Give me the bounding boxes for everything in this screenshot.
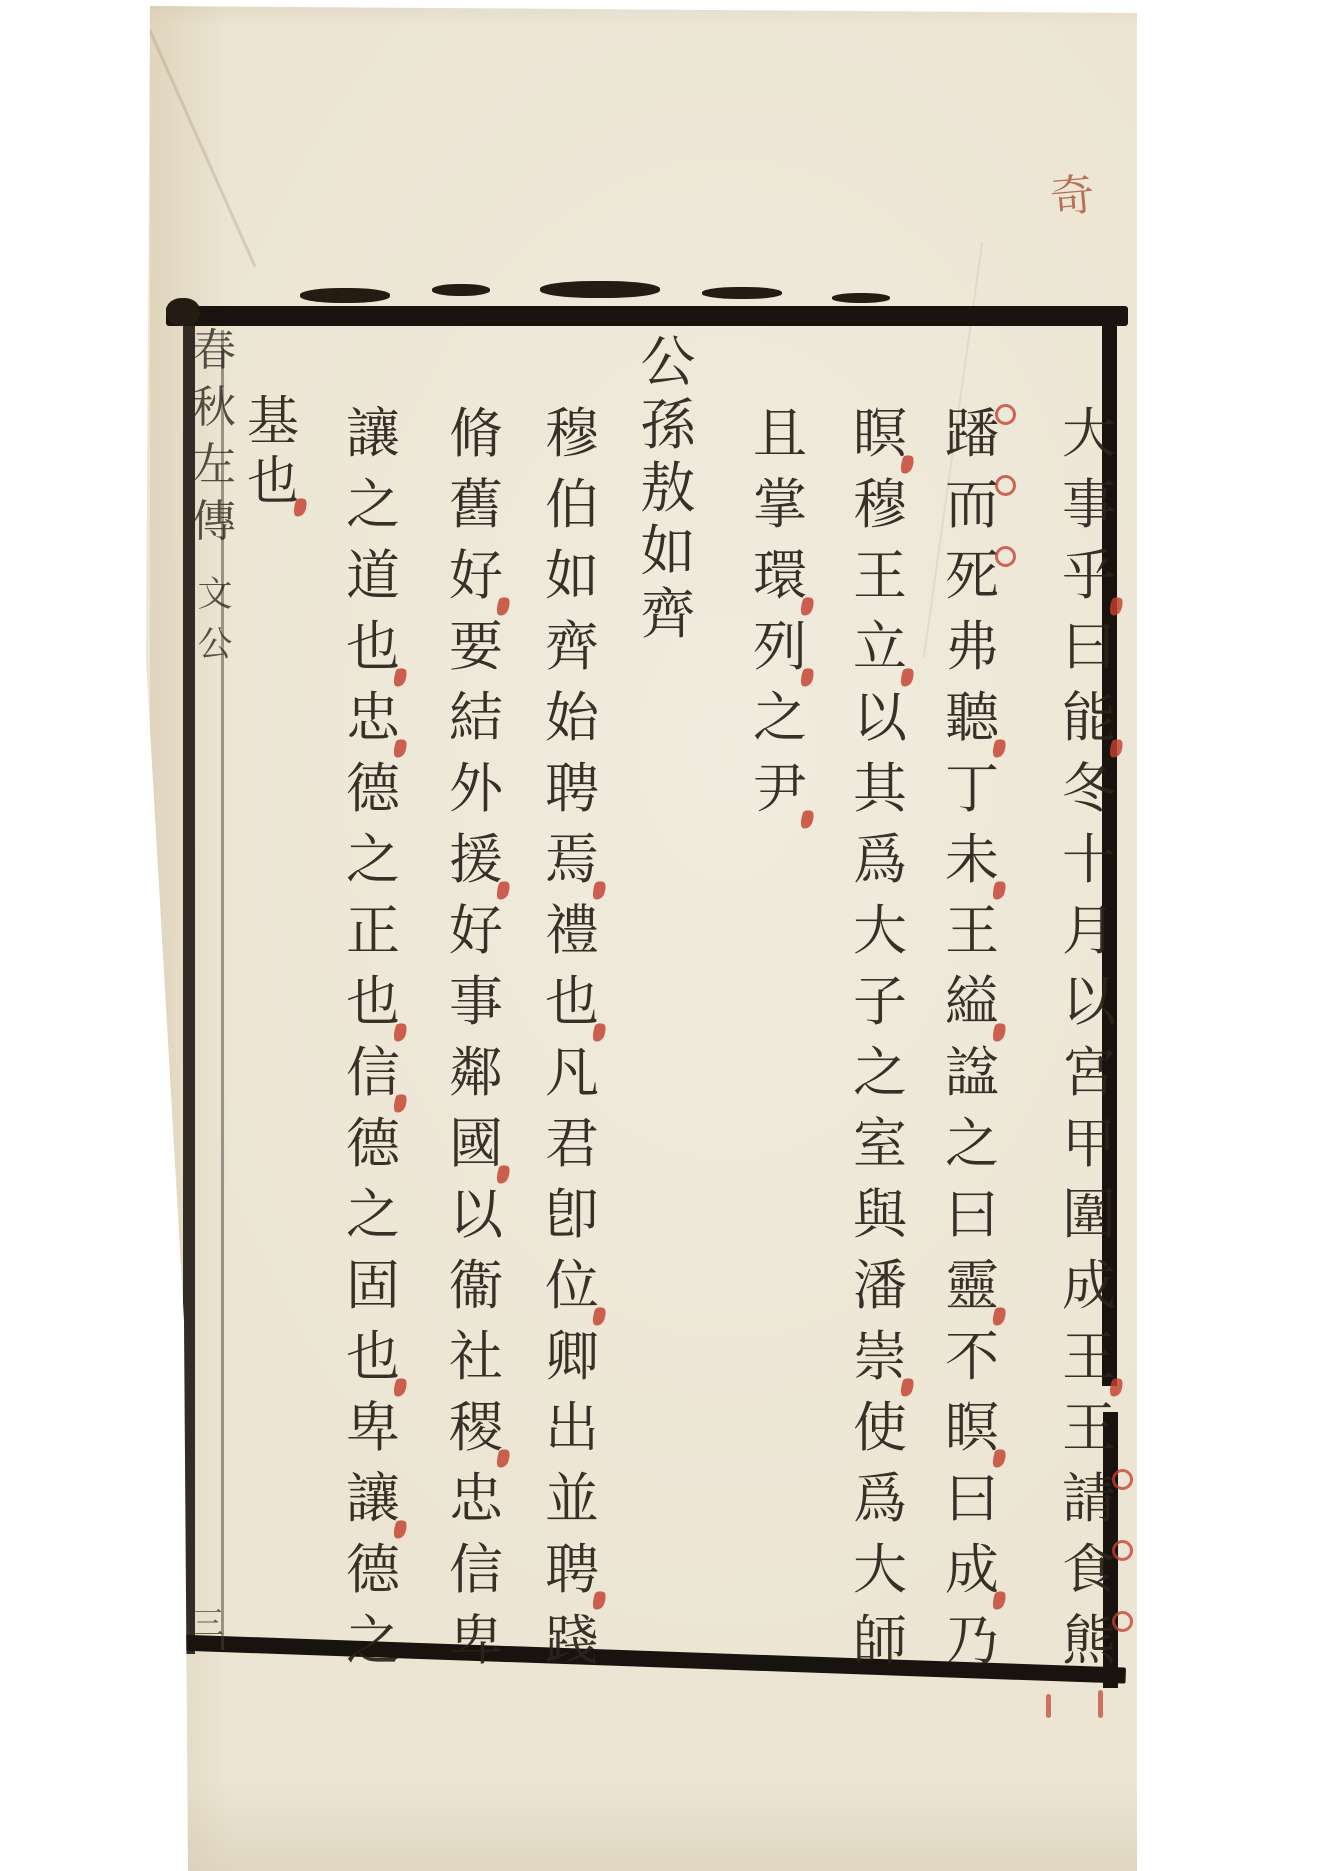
ink-smudge: [702, 287, 782, 299]
glyph: 弗: [941, 611, 1003, 682]
ink-smudge: [540, 281, 660, 298]
glyph: 成: [1058, 1250, 1120, 1321]
glyph: 社: [445, 1321, 507, 1392]
glyph: 卽: [541, 1179, 603, 1250]
glyph: 室: [849, 1108, 911, 1179]
ink-smudge: [832, 293, 890, 303]
glyph: 齊: [637, 583, 699, 646]
red-circle-mark: [1112, 1469, 1133, 1490]
glyph: 德: [342, 1108, 404, 1179]
glyph: 甲: [1058, 1108, 1120, 1179]
glyph: 之: [849, 1037, 911, 1108]
glyph: 王: [941, 895, 1003, 966]
glyph: 脩: [445, 398, 507, 469]
glyph: 月: [1058, 895, 1120, 966]
glyph: 曰: [941, 1463, 1003, 1534]
glyph: 要: [445, 611, 507, 682]
glyph: 如: [637, 520, 699, 583]
glyph: 公: [637, 331, 699, 394]
glyph: 凡: [541, 1037, 603, 1108]
red-dash-mark: [1046, 1694, 1051, 1718]
margin-title-work: 春秋左傳: [188, 322, 240, 550]
ink-smudge: [300, 288, 390, 303]
glyph: 以: [1058, 966, 1120, 1037]
glyph: 王: [1058, 1392, 1120, 1463]
glyph: 潘: [849, 1250, 911, 1321]
glyph: 敖: [637, 457, 699, 520]
page-number: 三: [188, 1598, 228, 1644]
glyph: 如: [541, 540, 603, 611]
glyph: 卿: [541, 1321, 603, 1392]
red-dash-mark: [1098, 1690, 1103, 1718]
glyph: 出: [541, 1392, 603, 1463]
glyph: 德: [342, 753, 404, 824]
glyph: 與: [849, 1179, 911, 1250]
text-column-7: 脩舊好要結外援好事鄰國以衞社稷忠信卑: [445, 398, 507, 1676]
glyph: 始: [541, 682, 603, 753]
text-column-1: 大事乎曰能冬十月以宮甲圍成王王請食熊: [1058, 398, 1120, 1676]
glyph: 請: [1058, 1463, 1120, 1534]
glyph: 讓: [342, 398, 404, 469]
glyph: 子: [849, 966, 911, 1037]
red-circle-mark: [1112, 1540, 1133, 1561]
glyph: 春: [188, 322, 240, 379]
glyph: 外: [445, 753, 507, 824]
frame-border-top: [166, 306, 1128, 326]
paper-sheet: 奇 大事乎曰能冬十月以宮甲圍成王王請食熊蹯而死弗聽丁未王縊諡之曰靈不瞑曰成乃瞑穆…: [0, 0, 1322, 1871]
text-column-3: 瞑穆王立以其爲大子之室與潘崇使爲大師: [849, 398, 911, 1676]
glyph: 以: [445, 1179, 507, 1250]
glyph: 卑: [445, 1605, 507, 1676]
glyph: 冬: [1058, 753, 1120, 824]
glyph: 其: [849, 753, 911, 824]
glyph: 諡: [941, 1037, 1003, 1108]
glyph: 孫: [637, 394, 699, 457]
glyph: 爲: [849, 1463, 911, 1534]
glyph: 且: [749, 398, 811, 469]
glyph: 師: [849, 1605, 911, 1676]
glyph: 大: [849, 895, 911, 966]
glyph: 曰: [941, 1179, 1003, 1250]
glyph: 道: [342, 540, 404, 611]
glyph: 穆: [541, 398, 603, 469]
glyph: 之: [342, 824, 404, 895]
glyph: 丁: [941, 753, 1003, 824]
glyph: 食: [1058, 1534, 1120, 1605]
scanned-page-view: 奇 大事乎曰能冬十月以宮甲圍成王王請食熊蹯而死弗聽丁未王縊諡之曰靈不瞑曰成乃瞑穆…: [0, 0, 1322, 1871]
glyph: 大: [849, 1534, 911, 1605]
glyph: 傳: [188, 493, 240, 550]
glyph: 舊: [445, 469, 507, 540]
glyph: 信: [445, 1534, 507, 1605]
glyph: 基: [242, 392, 304, 452]
glyph: 使: [849, 1392, 911, 1463]
glyph: 好: [445, 895, 507, 966]
glyph: 十: [1058, 824, 1120, 895]
glyph: 穆: [849, 469, 911, 540]
glyph: 結: [445, 682, 507, 753]
margin-title-chapter: 文公: [192, 570, 238, 670]
glyph: 之: [749, 682, 811, 753]
glyph: 之: [342, 1179, 404, 1250]
red-circle-mark: [1112, 1611, 1133, 1632]
glyph: 正: [342, 895, 404, 966]
glyph: 德: [342, 1534, 404, 1605]
glyph: 君: [541, 1108, 603, 1179]
glyph: 王: [849, 540, 911, 611]
glyph: 以: [849, 682, 911, 753]
glyph: 熊: [1058, 1605, 1120, 1676]
glyph: 大: [1058, 398, 1120, 469]
glyph: 秋: [188, 379, 240, 436]
glyph: 圍: [1058, 1179, 1120, 1250]
glyph: 蹯: [941, 398, 1003, 469]
glyph: 死: [941, 540, 1003, 611]
glyph: 不: [941, 1321, 1003, 1392]
glyph: 禮: [541, 895, 603, 966]
text-column-9: 基也: [242, 392, 304, 512]
glyph: 並: [541, 1463, 603, 1534]
glyph: 踐: [541, 1605, 603, 1676]
glyph: 乃: [941, 1605, 1003, 1676]
red-circle-mark: [995, 475, 1016, 496]
text-column-5: 公孫敖如齊: [637, 331, 699, 646]
glyph: 宮: [1058, 1037, 1120, 1108]
glyph: 之: [941, 1108, 1003, 1179]
glyph: 伯: [541, 469, 603, 540]
red-circle-mark: [995, 404, 1016, 425]
ink-smudge: [432, 284, 490, 296]
glyph: 事: [1058, 469, 1120, 540]
glyph: 事: [445, 966, 507, 1037]
glyph: 曰: [1058, 611, 1120, 682]
glyph: 固: [342, 1250, 404, 1321]
glyph: 之: [342, 469, 404, 540]
glyph: 卑: [342, 1392, 404, 1463]
glyph: 掌: [749, 469, 811, 540]
glyph: 爲: [849, 824, 911, 895]
glyph: 聘: [541, 753, 603, 824]
glyph: 而: [941, 469, 1003, 540]
glyph: 齊: [541, 611, 603, 682]
glyph: 鄰: [445, 1037, 507, 1108]
red-circle-mark: [995, 546, 1016, 567]
glyph: 公: [192, 620, 238, 670]
handwritten-annotation: 奇: [1039, 158, 1104, 227]
glyph: 之: [342, 1605, 404, 1676]
glyph: 忠: [445, 1463, 507, 1534]
glyph: 文: [192, 570, 238, 620]
glyph: 左: [188, 436, 240, 493]
glyph: 衞: [445, 1250, 507, 1321]
